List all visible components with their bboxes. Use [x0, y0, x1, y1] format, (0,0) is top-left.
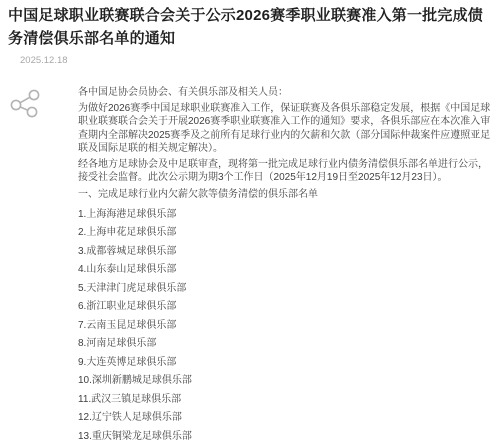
article-page: 中国足球职业联赛联合会关于公示2026赛季职业联赛准入第一批完成债务清偿俱乐部名… — [0, 0, 500, 440]
list-item: 1.上海海港足球俱乐部 — [78, 208, 491, 222]
share-icon — [8, 86, 42, 120]
list-item: 7.云南玉昆足球俱乐部 — [78, 319, 491, 333]
publish-date: 2025.12.18 — [20, 55, 68, 66]
salutation: 各中国足协会员协会、有关俱乐部及相关人员： — [78, 86, 491, 100]
list-item: 4.山东泰山足球俱乐部 — [78, 263, 491, 277]
share-button[interactable] — [8, 86, 42, 120]
list-item: 2.上海申花足球俱乐部 — [78, 226, 491, 240]
list-item: 3.成都蓉城足球俱乐部 — [78, 245, 491, 259]
list-item: 12.辽宁铁人足球俱乐部 — [78, 411, 491, 425]
club-list: 1.上海海港足球俱乐部2.上海申花足球俱乐部3.成都蓉城足球俱乐部4.山东泰山足… — [78, 208, 491, 440]
section-heading: 一、完成足球行业内欠薪欠款等债务清偿的俱乐部名单 — [78, 188, 491, 202]
list-item: 9.大连英博足球俱乐部 — [78, 356, 491, 370]
article-body: 各中国足协会员协会、有关俱乐部及相关人员： 为做好2026赛季中国足球职业联赛准… — [78, 86, 491, 440]
page-title: 中国足球职业联赛联合会关于公示2026赛季职业联赛准入第一批完成债务清偿俱乐部名… — [8, 4, 486, 50]
paragraph-2: 经各地方足球协会及中足联审查，现将第一批完成足球行业内债务清偿俱乐部名单进行公示… — [78, 158, 491, 185]
list-item: 8.河南足球俱乐部 — [78, 337, 491, 351]
list-item: 5.天津津门虎足球俱乐部 — [78, 282, 491, 296]
list-item: 6.浙江职业足球俱乐部 — [78, 300, 491, 314]
list-item: 10.深圳新鹏城足球俱乐部 — [78, 374, 491, 388]
paragraph-1: 为做好2026赛季中国足球职业联赛准入工作，保证联赛及各俱乐部稳定发展，根据《中… — [78, 102, 491, 156]
list-item: 13.重庆铜梁龙足球俱乐部 — [78, 430, 491, 440]
list-item: 11.武汉三镇足球俱乐部 — [78, 393, 491, 407]
